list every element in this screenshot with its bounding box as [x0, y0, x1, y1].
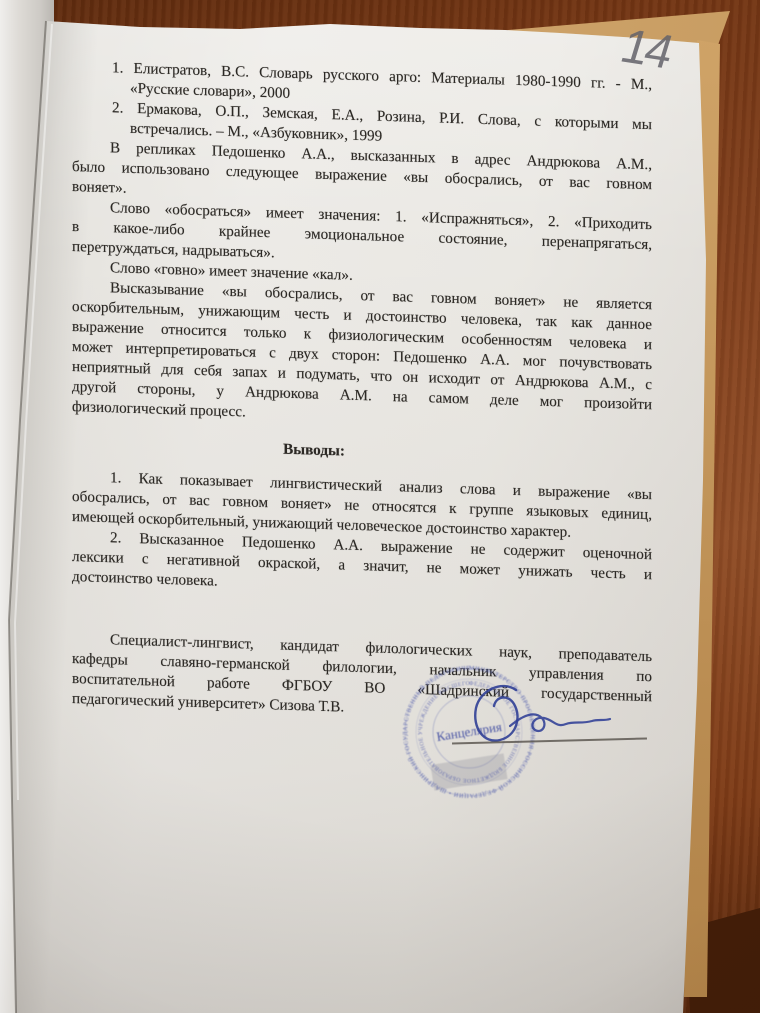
photograph-of-document: 1. Елистратов, В.С. Словарь русского арг… — [0, 0, 760, 1013]
document-text: 1. Елистратов, В.С. Словарь русского арг… — [72, 57, 652, 727]
text-line: Выводы: — [24, 431, 604, 469]
paragraph-heading: Выводы: — [72, 433, 652, 471]
paragraph-body: Высказывание «вы обосрались, от вас говн… — [72, 277, 652, 435]
signature — [450, 668, 665, 773]
